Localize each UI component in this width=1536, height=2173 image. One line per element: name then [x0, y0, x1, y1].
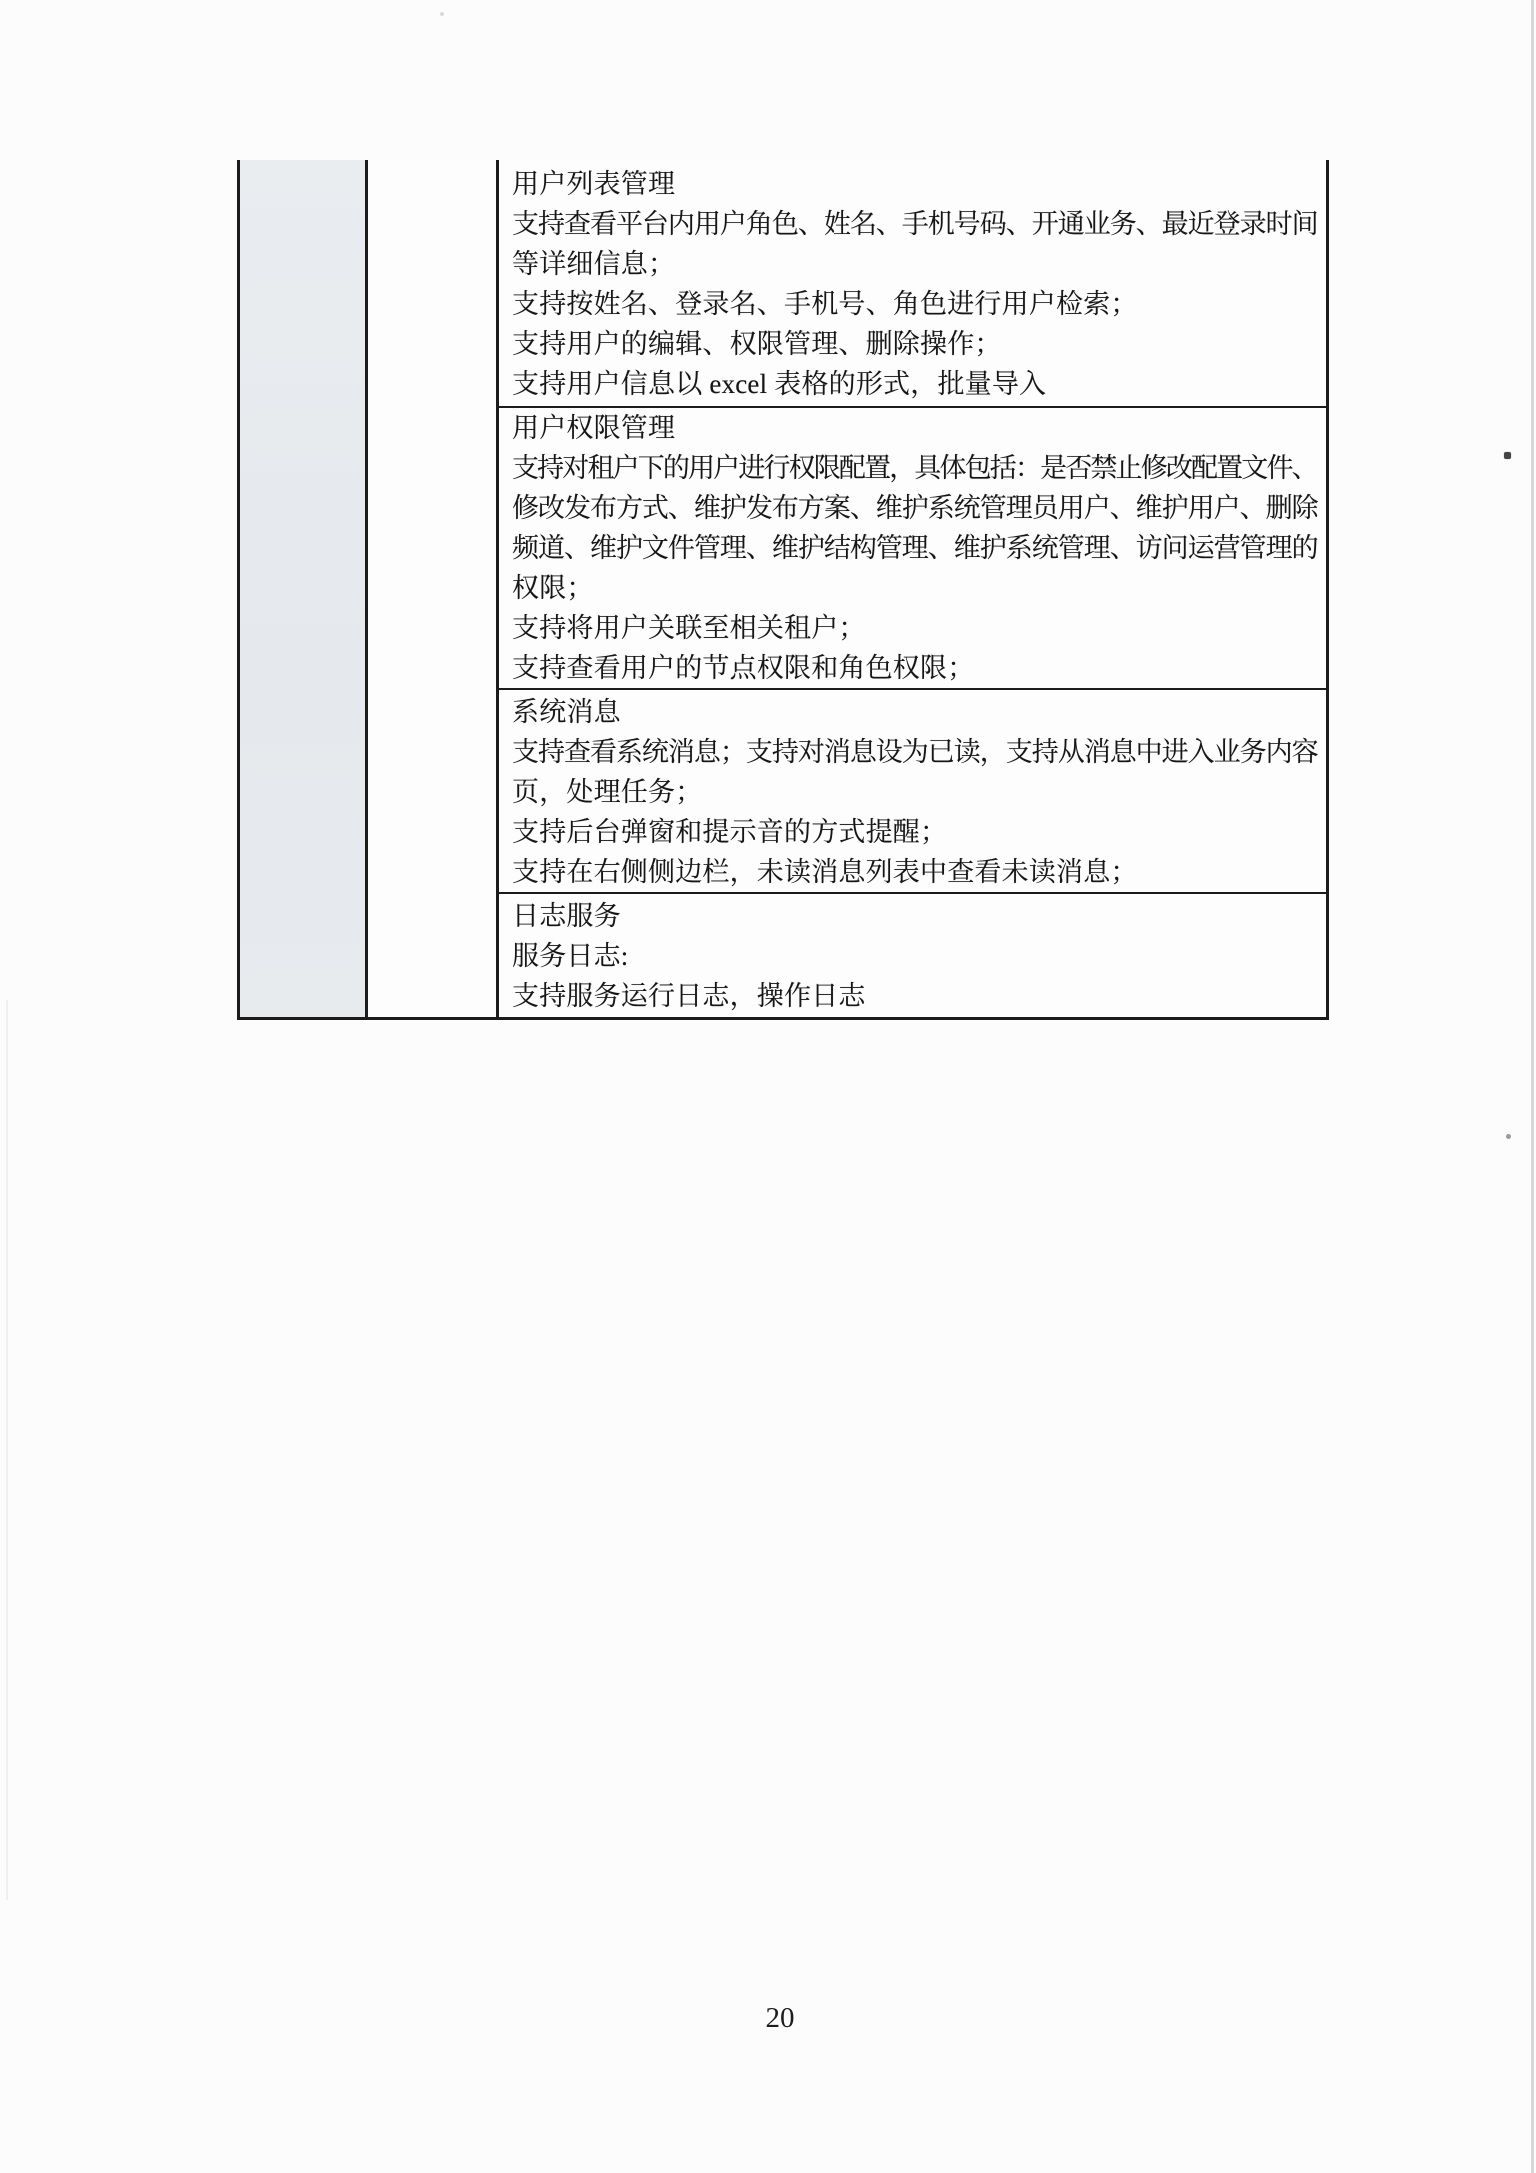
scan-speck [440, 12, 444, 16]
requirements-table: 用户列表管理 支持查看平台内用户角色、姓名、手机号码、开通业务、最近登录时间 等… [237, 160, 1329, 1020]
cell-text-line: 支持用户信息以 excel 表格的形式，批量导入 [512, 364, 1316, 404]
table-row-user-list-management: 用户列表管理 支持查看平台内用户角色、姓名、手机号码、开通业务、最近登录时间 等… [499, 160, 1326, 408]
cell-text-line: 频道、维护文件管理、维护结构管理、维护系统管理、访问运营管理的 [512, 528, 1316, 568]
cell-title-line: 日志服务 [512, 896, 1316, 936]
cell-text-line: 支持将用户关联至相关租户； [512, 608, 1316, 648]
cell-text-line: 支持对租户下的用户进行权限配置，具体包括：是否禁止修改配置文件、 [512, 448, 1316, 488]
scanned-document-page: 用户列表管理 支持查看平台内用户角色、姓名、手机号码、开通业务、最近登录时间 等… [0, 0, 1536, 2173]
cell-text-line: 修改发布方式、维护发布方案、维护系统管理员用户、维护用户、删除 [512, 488, 1316, 528]
cell-text-line: 支持后台弹窗和提示音的方式提醒； [512, 812, 1316, 852]
table-merged-cell-empty [368, 160, 499, 1017]
table-content-column: 用户列表管理 支持查看平台内用户角色、姓名、手机号码、开通业务、最近登录时间 等… [499, 160, 1326, 1017]
cell-text-line: 支持查看用户的节点权限和角色权限； [512, 648, 1316, 688]
scan-edge-shadow-right [1531, 0, 1534, 2173]
scan-edge-shadow-left [6, 1000, 8, 1900]
table-merged-cell-shaded [240, 160, 368, 1017]
cell-text-line: 等详细信息； [512, 244, 1316, 284]
scan-speck [1504, 452, 1511, 459]
cell-text-line: 服务日志: [512, 936, 1316, 976]
scan-speck [1506, 1134, 1511, 1139]
cell-title-line: 用户列表管理 [512, 164, 1316, 204]
cell-text-line: 支持查看平台内用户角色、姓名、手机号码、开通业务、最近登录时间 [512, 204, 1316, 244]
cell-text-line: 支持按姓名、登录名、手机号、角色进行用户检索； [512, 284, 1316, 324]
page-number: 20 [24, 2002, 1536, 2035]
cell-text-line: 权限； [512, 568, 1316, 608]
cell-text-line: 支持服务运行日志，操作日志 [512, 976, 1316, 1016]
cell-text-line: 支持用户的编辑、权限管理、删除操作； [512, 324, 1316, 364]
table-row-system-messages: 系统消息 支持查看系统消息；支持对消息设为已读，支持从消息中进入业务内容 页，处… [499, 690, 1326, 894]
cell-text-line: 支持查看系统消息；支持对消息设为已读，支持从消息中进入业务内容 [512, 732, 1316, 772]
table-row-log-service: 日志服务 服务日志: 支持服务运行日志，操作日志 [499, 894, 1326, 1017]
cell-text-line: 页，处理任务； [512, 772, 1316, 812]
cell-text-line: 支持在右侧侧边栏，未读消息列表中查看未读消息； [512, 852, 1316, 892]
table-row-user-permission-management: 用户权限管理 支持对租户下的用户进行权限配置，具体包括：是否禁止修改配置文件、 … [499, 408, 1326, 690]
cell-title-line: 系统消息 [512, 692, 1316, 732]
cell-title-line: 用户权限管理 [512, 408, 1316, 448]
